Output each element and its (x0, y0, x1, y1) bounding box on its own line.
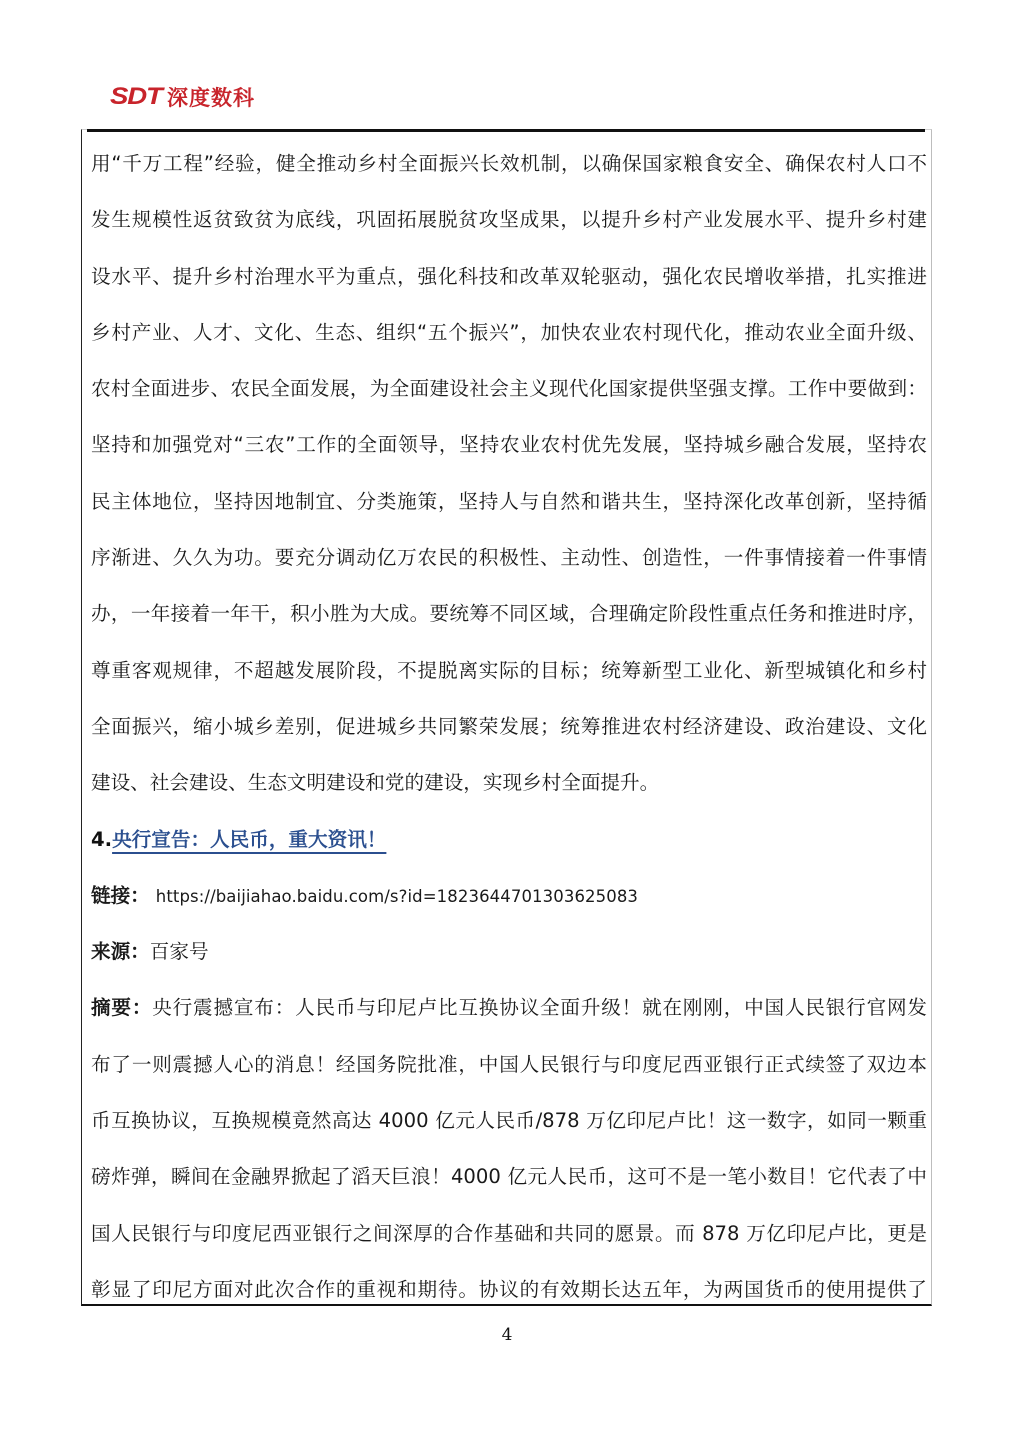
link-label: 链接： (91, 884, 150, 907)
source-value: 百家号 (150, 940, 209, 963)
logo-text: 深度数科 (167, 82, 255, 112)
continued-paragraph: 用“千万工程”经验，健全推动乡村全面振兴长效机制，以确保国家粮食安全、确保农村人… (91, 136, 927, 812)
summary-line: 彰显了印尼方面对此次合作的重视和期待。协议的有效期长达五年，为两国货币的使用提供… (91, 1262, 927, 1318)
summary-line: 布了一则震撼人心的消息！经国务院批准，中国人民银行与印度尼西亚银行正式续签了双边… (91, 1037, 927, 1093)
summary-line: 磅炸弹，瞬间在金融界掀起了滔天巨浪！4000 亿元人民币，这可不是一笔小数目！它… (91, 1149, 927, 1205)
article-title-link[interactable]: 央行宣告：人民币，重大资讯！ (112, 828, 386, 851)
paragraph-line: 尊重客观规律，不超越发展阶段，不提脱离实际的目标；统筹新型工业化、新型城镇化和乡… (91, 643, 927, 699)
article-url[interactable]: https://baijiahao.baidu.com/s?id=1823644… (156, 887, 638, 906)
paragraph-line: 办，一年接着一年干，积小胜为大成。要统筹不同区域，合理确定阶段性重点任务和推进时… (91, 586, 927, 642)
summary-label: 摘要： (91, 996, 152, 1019)
paragraph-line: 坚持和加强党对“三农”工作的全面领导，坚持农业农村优先发展，坚持城乡融合发展，坚… (91, 417, 927, 473)
article-source-row: 来源：百家号 (91, 924, 927, 980)
article-link-row: 链接：https://baijiahao.baidu.com/s?id=1823… (91, 868, 927, 924)
article-number: 4. (91, 828, 112, 851)
summary-line: 摘要：央行震撼宣布：人民币与印尼卢比互换协议全面升级！就在刚刚，中国人民银行官网… (91, 980, 927, 1036)
paragraph-line: 用“千万工程”经验，健全推动乡村全面振兴长效机制，以确保国家粮食安全、确保农村人… (91, 136, 927, 192)
paragraph-line: 农村全面进步、农民全面发展，为全面建设社会主义现代化国家提供坚强支撑。工作中要做… (91, 361, 927, 417)
paragraph-line: 建设、社会建设、生态文明建设和党的建设，实现乡村全面提升。 (91, 755, 927, 811)
article-heading: 4.央行宣告：人民币，重大资讯！ (91, 812, 927, 868)
paragraph-line: 设水平、提升乡村治理水平为重点，强化科技和改革双轮驱动，强化农民增收举措，扎实推… (91, 249, 927, 305)
paragraph-line: 全面振兴，缩小城乡差别，促进城乡共同繁荣发展；统筹推进农村经济建设、政治建设、文… (91, 699, 927, 755)
source-label: 来源： (91, 940, 150, 963)
paragraph-line: 乡村产业、人才、文化、生态、组织“五个振兴”，加快农业农村现代化，推动农业全面升… (91, 305, 927, 361)
paragraph-line: 民主体地位，坚持因地制宜、分类施策，坚持人与自然和谐共生，坚持深化改革创新，坚持… (91, 474, 927, 530)
article-summary: 摘要：央行震撼宣布：人民币与印尼卢比互换协议全面升级！就在刚刚，中国人民银行官网… (91, 980, 927, 1318)
paragraph-line: 序渐进、久久为功。要充分调动亿万农民的积极性、主动性、创造性，一件事情接着一件事… (91, 530, 927, 586)
summary-line: 币互换协议，互换规模竟然高达 4000 亿元人民币/878 万亿印尼卢比！这一数… (91, 1093, 927, 1149)
logo-mark: SDT (110, 83, 162, 111)
company-logo: SDT 深度数科 (110, 84, 255, 110)
document-body: 用“千万工程”经验，健全推动乡村全面振兴长效机制，以确保国家粮食安全、确保农村人… (91, 136, 927, 1318)
page-number: 4 (0, 1325, 1014, 1345)
header-divider (87, 129, 925, 132)
summary-line: 国人民银行与印度尼西亚银行之间深厚的合作基础和共同的愿景。而 878 万亿印尼卢… (91, 1206, 927, 1262)
paragraph-line: 发生规模性返贫致贫为底线，巩固拓展脱贫攻坚成果，以提升乡村产业发展水平、提升乡村… (91, 192, 927, 248)
summary-text: 央行震撼宣布：人民币与印尼卢比互换协议全面升级！就在刚刚，中国人民银行官网发 (152, 996, 927, 1019)
